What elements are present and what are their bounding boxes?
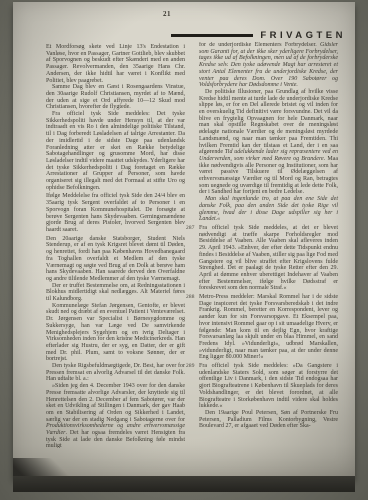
paragraph: 287Fra officiel tysk Side meddeles, at d…	[199, 225, 338, 292]
text-run: Et Mordforsøg skete ved Linje 13's Endes…	[46, 44, 185, 84]
page-edge-shadow	[13, 476, 355, 492]
text-run: . Maa ikke nødvendigvis alle Personer og…	[199, 156, 338, 196]
paragraph: 288Metro-Press meddeler: Marskal Rommel …	[199, 294, 338, 361]
text-run: Samme Dag blev en Gæst i Rosengaardens V…	[46, 84, 185, 110]
paragraph: De politiske Illusioner, paa Grundlag af…	[199, 89, 338, 196]
paragraph: »Siden jeg den 4. December 1943 over for…	[46, 383, 185, 448]
text-run: Ifølge Meddelelse fra officiel tysk Side…	[46, 193, 185, 233]
right-column: for de underjordiske Elementers Forbryde…	[199, 42, 338, 448]
text-run: Metro-Press meddeler: Marskal Rommel har…	[199, 294, 338, 360]
text-run: Fra officiel tysk Side meddeles, at det …	[199, 225, 338, 291]
italic-text-run: Gidsler som Garanti for, at der ikke ske…	[199, 42, 338, 88]
text-run: De politiske Illusioner, paa Grundlag af…	[199, 89, 338, 155]
entry-number: 289	[186, 363, 198, 370]
paragraph: for de underjordiske Elementers Forbryde…	[199, 42, 338, 89]
paragraph: 286Den 20aarige danske Statsborger, Stud…	[46, 236, 185, 283]
left-column: 284Et Mordforsøg skete ved Linje 13's En…	[46, 42, 185, 448]
paragraph: 285Ifølge Meddelelse fra officiel tysk S…	[46, 193, 185, 233]
text-run: Den 20aarige danske Statsborger, Student…	[46, 236, 185, 282]
text-run: Fra officiel tysk Side meddeles: »Da Gan…	[199, 363, 338, 409]
page-title: FRIVAGTEN	[260, 30, 346, 41]
text-run: Den 19aarige Poul Petersen, Søn af Portn…	[199, 410, 338, 429]
italic-text-run: Man skal ingenlunde tro, at paa den ene …	[199, 196, 338, 222]
text-run: Fra officiel tysk Side meddeles: Det tys…	[46, 111, 185, 191]
text-run: for de underjordiske Elementers Forbryde…	[199, 42, 320, 48]
paragraph: Fra officiel tysk Side meddeles: Det tys…	[46, 111, 185, 191]
entry-number: 288	[186, 294, 198, 301]
text-run: . Det har ogsaa fremdeles været Hensigte…	[46, 430, 185, 448]
entry-number: 287	[186, 225, 198, 232]
paragraph: Der er truffet Bestemmelse om, at Rednin…	[46, 283, 185, 303]
paragraph: Man skal ingenlunde tro, at paa den ene …	[199, 196, 338, 223]
page-number: 21	[163, 10, 171, 18]
paragraph: 284Et Mordforsøg skete ved Linje 13's En…	[46, 44, 185, 84]
paragraph: Samme Dag blev en Gæst i Rosengaardens V…	[46, 84, 185, 111]
text-run: »Siden jeg den 4. December 1943 over for…	[46, 383, 185, 423]
text-run: Den tyske Rigsbefuldmægtigede, Dr. Best,…	[46, 363, 185, 382]
paragraph: 289Fra officiel tysk Side meddeles: »Da …	[199, 363, 338, 410]
header-rule	[171, 34, 253, 38]
paragraph: Kommunelæge Stefan Jørgensen, Gentofte, …	[46, 303, 185, 363]
text-run: Der er truffet Bestemmelse om, at Rednin…	[46, 283, 185, 302]
text-block: 284Et Mordforsøg skete ved Linje 13's En…	[46, 42, 345, 448]
running-head: FRIVAGTEN	[171, 30, 346, 41]
book-page: 21 FRIVAGTEN 284Et Mordforsøg skete ved …	[13, 2, 355, 478]
paragraph: Den tyske Rigsbefuldmægtigede, Dr. Best,…	[46, 363, 185, 383]
text-run: Kommunelæge Stefan Jørgensen, Gentofte, …	[46, 303, 185, 363]
paragraph: Den 19aarige Poul Petersen, Søn af Portn…	[199, 410, 338, 430]
